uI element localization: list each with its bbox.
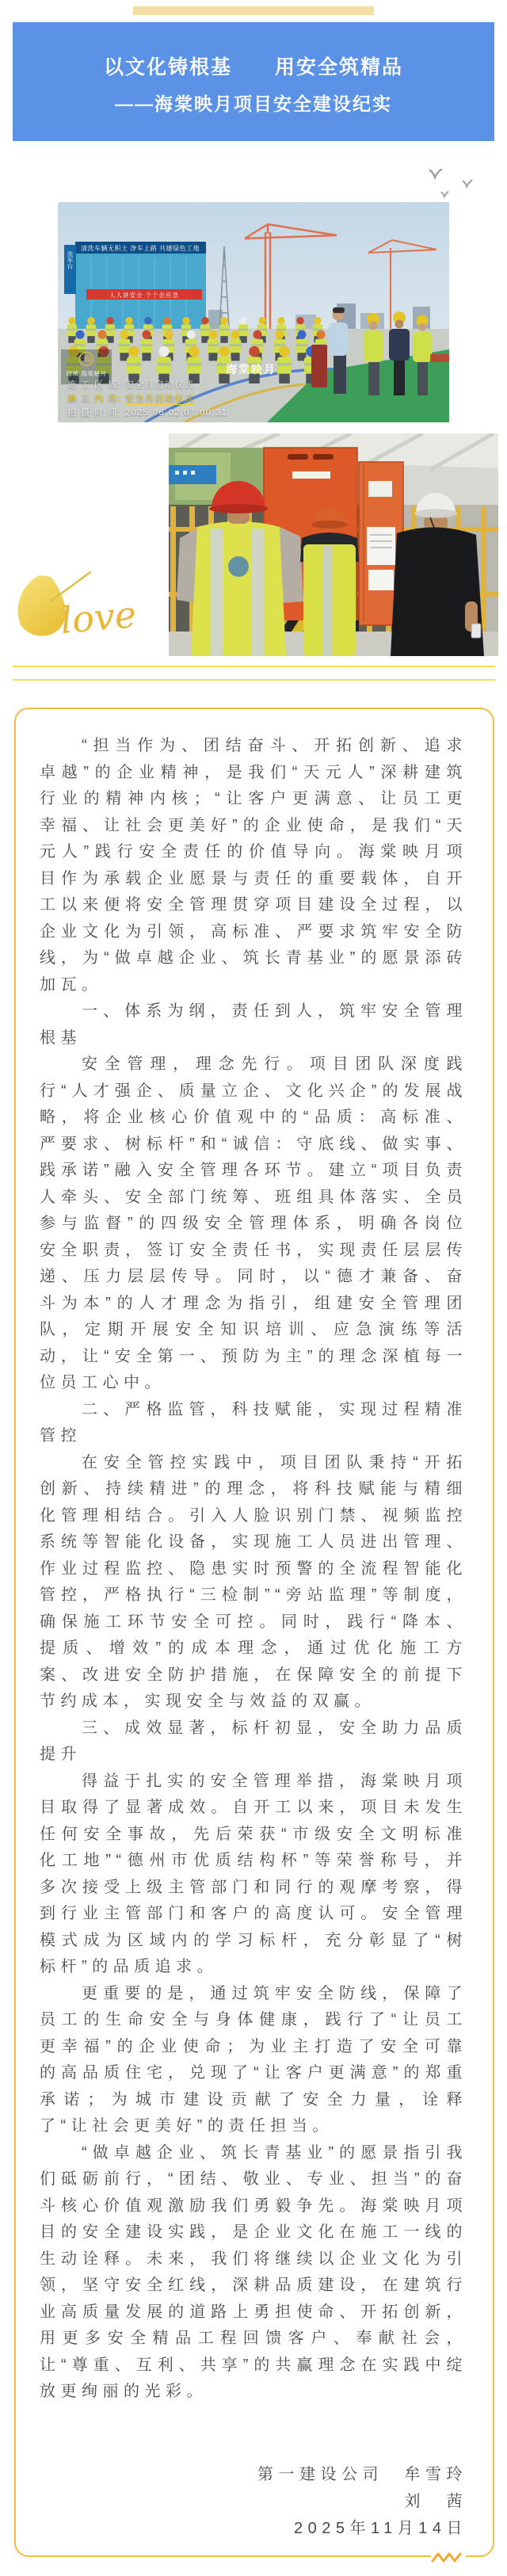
title-banner: 以文化铸根基 用安全筑精品 ——海棠映月项目安全建设纪实: [13, 22, 494, 141]
article-page: 以文化铸根基 用安全筑精品 ——海棠映月项目安全建设纪实: [0, 0, 507, 2576]
body-paragraph: 在安全管控实践中，项目团队秉持“开拓创新、持续精进”的理念，将科技赋能与精细化管…: [40, 1450, 467, 1715]
photo-caption-area: 施 工 区 域: 安全月启动仪式: [67, 378, 194, 391]
photo-electrical-box-inspection[interactable]: [169, 433, 498, 656]
love-leaf-decoration: love: [11, 567, 162, 643]
body-paragraph: 安全管理，理念先行。项目团队深度践行“人才强企、质量立企、文化兴企”的发展战略，…: [40, 1051, 467, 1397]
top-accent-bar: [133, 6, 374, 15]
photo-caption-time: 拍 摄 时 间: 2025.06.02 07:00:31: [67, 406, 227, 418]
page-subtitle: ——海棠映月项目安全建设纪实: [13, 90, 494, 117]
zigzag-icon: [431, 2549, 466, 2566]
love-script-text: love: [59, 593, 138, 642]
site-wash-station-wall: 清洗车辆无积土 净车上路 共建绿色工地 洗车台 人人讲安全 个个会应急: [64, 242, 206, 330]
bird-icon: [429, 168, 443, 180]
article-frame: “担当作为、团结奋斗、开拓创新、追求卓越”的企业精神，是我们“天元人”深耕建筑行…: [14, 708, 494, 2557]
body-paragraph: “做卓越企业、筑长青基业”的愿景指引我们砥砺前行，“团结、敬业、专业、担当”的奋…: [40, 2140, 467, 2406]
bird-icon: [462, 179, 473, 189]
photo-safety-month-launch[interactable]: 清洗车辆无积土 净车上路 共建绿色工地 洗车台 人人讲安全 个个会应急: [58, 202, 449, 422]
wall-banner-text: 清洗车辆无积土 净车上路 共建绿色工地: [81, 244, 200, 252]
section-heading: 三、成效显著，标杆初显，安全助力品质提升: [40, 1715, 467, 1769]
signature-block: 第一建设公司 牟雪玲 刘 茜 2025年11月14日: [40, 2461, 467, 2542]
wash-station-sign: 洗车台: [67, 250, 74, 270]
article-body: “担当作为、团结奋斗、开拓创新、追求卓越”的企业精神，是我们“天元人”深耕建筑行…: [40, 733, 467, 2406]
body-paragraph: 得益于扎实的安全管理举措，海棠映月项目取得了显著成效。自开工以来，项目未发生任何…: [40, 1769, 467, 1981]
project-logo-text: 绿城·海棠映月: [67, 369, 107, 377]
body-paragraph: 更重要的是，通过筑牢安全防线，保障了员工的生命安全与身体健康，践行了“让员工更幸…: [40, 1981, 467, 2140]
photo-watermark: 海棠映月: [226, 363, 276, 376]
bird-icon: [440, 191, 449, 198]
section-heading: 二、严格监管，科技赋能，实现过程精准管控: [40, 1397, 467, 1450]
signature-date: 2025年11月14日: [40, 2515, 467, 2542]
divider-line: [13, 666, 495, 667]
signature-author-2: 刘 茜: [40, 2488, 467, 2515]
signature-company-author: 第一建设公司 牟雪玲: [40, 2461, 467, 2488]
page-title: 以文化铸根基 用安全筑精品: [13, 54, 494, 81]
body-paragraph: “担当作为、团结奋斗、开拓创新、追求卓越”的企业精神，是我们“天元人”深耕建筑行…: [40, 733, 467, 998]
divider-line: [13, 679, 495, 681]
section-heading: 一、体系为纲，责任到人，筑牢安全管理根基: [40, 998, 467, 1051]
red-banner-text: 人人讲安全 个个会应急: [109, 291, 179, 299]
photo-caption-content: 施 工 内 容: 安全月启动仪式: [67, 391, 194, 404]
